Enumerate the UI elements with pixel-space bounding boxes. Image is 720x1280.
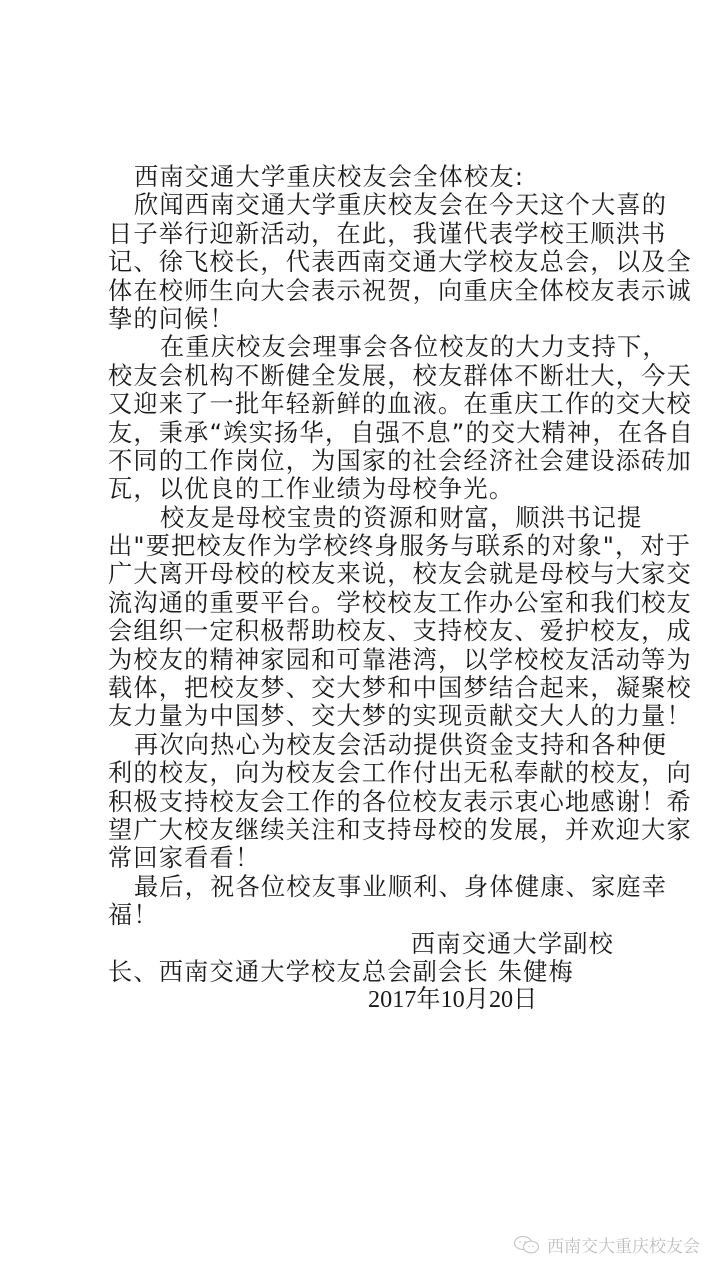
letter-line: 不同的工作岗位，为国家的社会经济社会建设添砖加 (108, 447, 614, 475)
letter-line: 欣闻西南交通大学重庆校友会在今天这个大喜的 (108, 191, 614, 219)
letter-line: 校友是母校宝贵的资源和财富，顺洪书记提 (108, 504, 614, 532)
letter-line: 再次向热心为校友会活动提供资金支持和各种便 (108, 731, 614, 759)
letter-line: 友，秉承“竢实扬华，自强不息”的交大精神，在各自 (108, 419, 614, 447)
letter-line: 出"要把校友作为学校终身服务与联系的对象"，对于 (108, 532, 614, 560)
letter-line: 日子举行迎新活动，在此，我谨代表学校王顺洪书 (108, 220, 614, 248)
letter-line: 流沟通的重要平台。学校校友工作办公室和我们校友 (108, 589, 614, 617)
letter-line: 为校友的精神家园和可靠港湾，以学校校友活动等为 (108, 646, 614, 674)
letter-line: 友力量为中国梦、交大梦的实现贡献交大人的力量！ (108, 702, 614, 730)
wechat-icon (513, 1235, 541, 1255)
letter-line: 会组织一定积极帮助校友、支持校友、爱护校友，成 (108, 617, 614, 645)
letter-line: 在重庆校友会理事会各位校友的大力支持下， (108, 333, 614, 361)
letter-line: 积极支持校友会工作的各位校友表示衷心地感谢！希 (108, 788, 614, 816)
signature-title-line1: 西南交通大学副校 (108, 930, 614, 958)
letter-line: 常回家看看！ (108, 844, 614, 872)
letter-date: 2017年10月20日 (108, 986, 614, 1014)
letter-line: 最后，祝各位校友事业顺利、身体健康、家庭幸 (108, 873, 614, 901)
watermark-account-name: 西南交大重庆校友会 (547, 1232, 700, 1257)
letter-line: 瓦，以优良的工作业绩为母校争光。 (108, 475, 614, 503)
letter-line: 体在校师生向大会表示祝贺，向重庆全体校友表示诚 (108, 277, 614, 305)
letter-line: 福！ (108, 901, 614, 929)
letter-line: 载体，把校友梦、交大梦和中国梦结合起来，凝聚校 (108, 674, 614, 702)
letter-line: 利的校友，向为校友会工作付出无私奉献的校友，向 (108, 759, 614, 787)
letter-line: 望广大校友继续关注和支持母校的发展，并欢迎大家 (108, 816, 614, 844)
letter-line: 又迎来了一批年轻新鲜的血液。在重庆工作的交大校 (108, 390, 614, 418)
letter-greeting: 西南交通大学重庆校友会全体校友: (108, 163, 614, 191)
letter-line: 广大离开母校的校友来说，校友会就是母校与大家交 (108, 560, 614, 588)
wechat-watermark: 西南交大重庆校友会 (513, 1232, 700, 1257)
letter-line: 挚的问候！ (108, 305, 614, 333)
letter-line: 记、徐飞校长，代表西南交通大学校友总会，以及全 (108, 248, 614, 276)
letter-body: 西南交通大学重庆校友会全体校友: 欣闻西南交通大学重庆校友会在今天这个大喜的日子… (108, 163, 614, 1015)
signature-title-line2: 长、西南交通大学校友总会副会长 朱健梅 (108, 958, 614, 986)
letter-paragraphs: 欣闻西南交通大学重庆校友会在今天这个大喜的日子举行迎新活动，在此，我谨代表学校王… (108, 191, 614, 929)
letter-line: 校友会机构不断健全发展，校友群体不断壮大，今天 (108, 362, 614, 390)
